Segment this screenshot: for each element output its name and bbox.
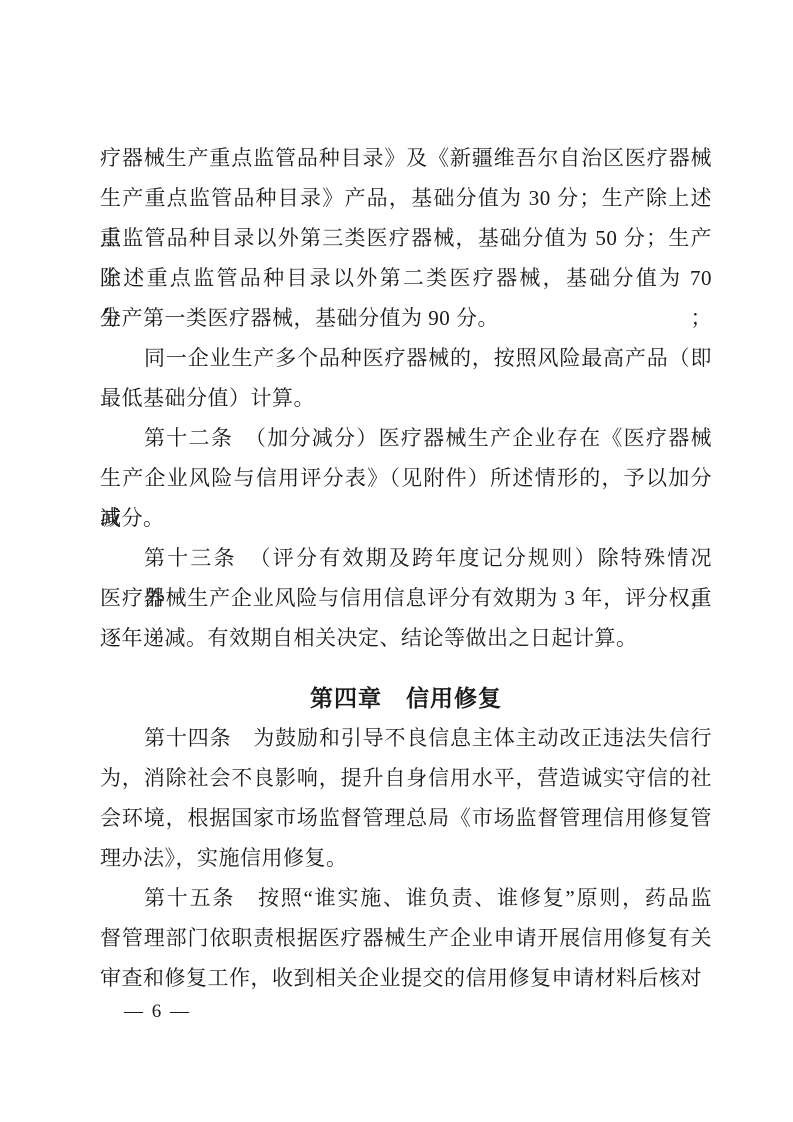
body-line: 为，消除社会不良影响，提升自身信用水平，营造诚实守信的社	[100, 758, 712, 798]
document-page: 疗器械生产重点监管品种目录》及《新疆维吾尔自治区医疗器械 生产重点监管品种目录》…	[0, 0, 793, 1122]
body-line: 理办法》，实施信用修复。	[100, 838, 712, 878]
body-line: 医疗器械生产企业风险与信用信息评分有效期为 3 年，评分权重	[100, 578, 712, 618]
body-line: 会环境，根据国家市场监督管理总局《市场监督管理信用修复管	[100, 798, 712, 838]
body-line: 上述重点监管品种目录以外第二类医疗器械，基础分值为 70 分；	[100, 258, 712, 298]
body-line: 疗器械生产重点监管品种目录》及《新疆维吾尔自治区医疗器械	[100, 138, 712, 178]
body-line: 点监管品种目录以外第三类医疗器械，基础分值为 50 分；生产除	[100, 218, 712, 258]
page-number: — 6 —	[124, 1001, 191, 1022]
body-line: 第十五条 按照“谁实施、谁负责、谁修复”原则，药品监	[100, 878, 712, 918]
body-line: 审查和修复工作，收到相关企业提交的信用修复申请材料后核对	[100, 958, 712, 998]
body-line: 第十四条 为鼓励和引导不良信息主体主动改正违法失信行	[100, 718, 712, 758]
document-body: 疗器械生产重点监管品种目录》及《新疆维吾尔自治区医疗器械 生产重点监管品种目录》…	[100, 138, 712, 998]
body-line: 第十二条 （加分减分）医疗器械生产企业存在《医疗器械	[100, 418, 712, 458]
body-line: 督管理部门依职责根据医疗器械生产企业申请开展信用修复有关	[100, 918, 712, 958]
body-line: 逐年递减。有效期自相关决定、结论等做出之日起计算。	[100, 618, 712, 658]
body-line: 减分。	[100, 498, 712, 538]
body-line: 生产重点监管品种目录》产品，基础分值为 30 分；生产除上述重	[100, 178, 712, 218]
body-line: 同一企业生产多个品种医疗器械的，按照风险最高产品（即	[100, 338, 712, 378]
body-line: 最低基础分值）计算。	[100, 378, 712, 418]
body-line: 第十三条 （评分有效期及跨年度记分规则）除特殊情况外，	[100, 538, 712, 578]
page-footer: — 6 —	[124, 1001, 191, 1023]
body-line: 生产企业风险与信用评分表》（见附件）所述情形的，予以加分或	[100, 458, 712, 498]
chapter-heading: 第四章 信用修复	[100, 678, 712, 718]
